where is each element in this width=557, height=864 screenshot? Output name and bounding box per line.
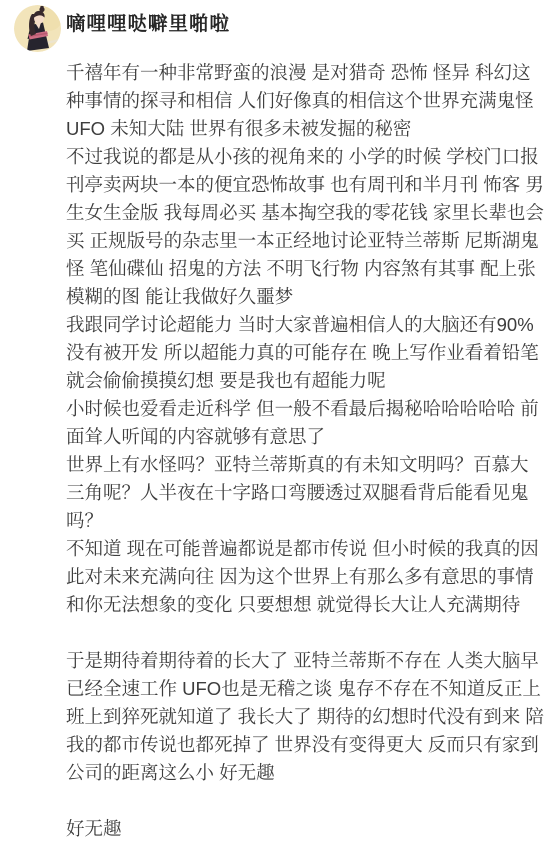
avatar-illustration-icon xyxy=(14,5,61,52)
post-paragraph: 千禧年有一种非常野蛮的浪漫 是对猎奇 恐怖 怪异 科幻这 种事情的探寻和相信 人… xyxy=(66,59,549,143)
post-paragraph: 于是期待着期待着的长大了 亚特兰蒂斯不存在 人类大脑早 已经全速工作 UFO也是… xyxy=(66,647,549,787)
post-paragraph: 好无趣 xyxy=(66,815,549,843)
post-body: 千禧年有一种非常野蛮的浪漫 是对猎奇 恐怖 怪异 科幻这 种事情的探寻和相信 人… xyxy=(66,59,549,843)
post-paragraph: 世界上有水怪吗？亚特兰蒂斯真的有未知文明吗？百慕大 三角呢？人半夜在十字路口弯腰… xyxy=(66,451,549,535)
post-paragraph: 不知道 现在可能普遍都说是都市传说 但小时候的我真的因 此对未来充满向往 因为这… xyxy=(66,535,549,619)
avatar[interactable] xyxy=(14,5,61,52)
username[interactable]: 嘀哩哩哒噼里啪啦 xyxy=(66,8,230,36)
post-paragraph: 不过我说的都是从小孩的视角来的 小学的时候 学校门口报 刊亭卖两块一本的便宜恐怖… xyxy=(66,143,549,311)
post-paragraph: 我跟同学讨论超能力 当时大家普遍相信人的大脑还有90% 没有被开发 所以超能力真… xyxy=(66,311,549,395)
post-card: 嘀哩哩哒噼里啪啦 千禧年有一种非常野蛮的浪漫 是对猎奇 恐怖 怪异 科幻这 种事… xyxy=(0,0,557,864)
post-paragraph: 小时候也爱看走近科学 但一般不看最后揭秘哈哈哈哈哈 前 面耸人听闻的内容就够有意… xyxy=(66,395,549,451)
